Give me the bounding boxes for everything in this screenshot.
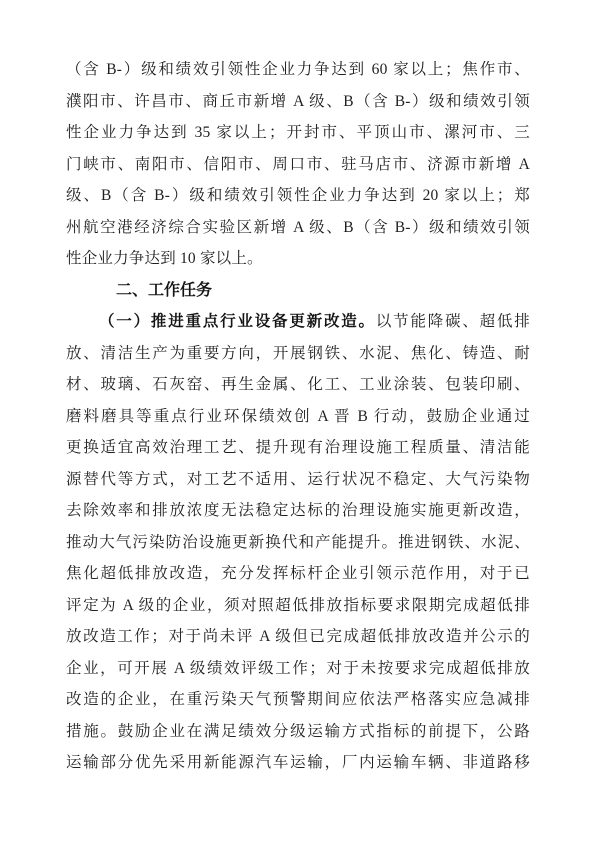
body-text: 放、清洁生产为重要方向，开展钢铁、水泥、焦化、铸造、耐 [66, 345, 530, 362]
text-line: （一）推进重点行业设备更新改造。以节能降碳、超低排 [66, 306, 530, 338]
document-page: （含 B-）级和绩效引领性企业力争达到 60 家以上；焦作市、濮阳市、许昌市、商… [0, 0, 600, 848]
text-line: 濮阳市、许昌市、商丘市新增 A 级、B（含 B-）级和绩效引领 [66, 86, 530, 118]
text-line: 材、玻璃、石灰窑、再生金属、化工、工业涂装、包装印刷、 [66, 369, 530, 401]
text-line: （含 B-）级和绩效引领性企业力争达到 60 家以上；焦作市、 [66, 54, 530, 86]
text-line: 推动大气污染防治设施更新换代和产能提升。推进钢铁、水泥、 [66, 527, 530, 559]
body-text: 磨料磨具等重点行业环保绩效创 A 晋 B 行动，鼓励企业通过 [66, 408, 530, 425]
document-content: （含 B-）级和绩效引领性企业力争达到 60 家以上；焦作市、濮阳市、许昌市、商… [0, 0, 600, 779]
body-text: 企业，可开展 A 级绩效评级工作；对于未按要求完成超低排放 [66, 660, 530, 677]
text-line: 性企业力争达到 35 家以上；开封市、平顶山市、漯河市、三 [66, 117, 530, 149]
body-text: 濮阳市、许昌市、商丘市新增 A 级、B（含 B-）级和绩效引领 [66, 93, 530, 110]
body-text: 改造的企业，在重污染天气预警期间应依法严格落实应急减排 [66, 691, 530, 708]
text-line: 性企业力争达到 10 家以上。 [66, 243, 530, 275]
emphasis-text: （一）推进重点行业设备更新改造。 [99, 313, 376, 330]
body-text: 性企业力争达到 35 家以上；开封市、平顶山市、漯河市、三 [66, 124, 530, 141]
body-text: 运输部分优先采用新能源汽车运输，厂内运输车辆、非道路移 [66, 754, 530, 771]
body-text: 推动大气污染防治设施更新换代和产能提升。推进钢铁、水泥、 [66, 534, 530, 551]
text-line: 更换适宜高效治理工艺、提升现有治理设施工程质量、清洁能 [66, 432, 530, 464]
body-text: 措施。鼓励企业在满足绩效分级运输方式指标的前提下，公路 [66, 723, 530, 740]
text-line: 焦化超低排放改造，充分发挥标杆企业引领示范作用，对于已 [66, 558, 530, 590]
text-line: 州航空港经济综合实验区新增 A 级、B（含 B-）级和绩效引领 [66, 212, 530, 244]
text-line: 放、清洁生产为重要方向，开展钢铁、水泥、焦化、铸造、耐 [66, 338, 530, 370]
text-line: 措施。鼓励企业在满足绩效分级运输方式指标的前提下，公路 [66, 716, 530, 748]
body-text: 更换适宜高效治理工艺、提升现有治理设施工程质量、清洁能 [66, 439, 530, 456]
body-text: 门峡市、南阳市、信阳市、周口市、驻马店市、济源市新增 A [66, 156, 530, 173]
body-text: 放改造工作；对于尚未评 A 级但已完成超低排放改造并公示的 [66, 628, 530, 645]
text-line: 运输部分优先采用新能源汽车运输，厂内运输车辆、非道路移 [66, 747, 530, 779]
paragraph-continuation: （含 B-）级和绩效引领性企业力争达到 60 家以上；焦作市、濮阳市、许昌市、商… [66, 54, 530, 275]
body-text: 评定为 A 级的企业，须对照超低排放指标要求限期完成超低排 [66, 597, 530, 614]
text-line: 改造的企业，在重污染天气预警期间应依法严格落实应急减排 [66, 684, 530, 716]
text-line: 级、B（含 B-）级和绩效引领性企业力争达到 20 家以上；郑 [66, 180, 530, 212]
text-line: 源替代等方式，对工艺不适用、运行状况不稳定、大气污染物 [66, 464, 530, 496]
text-line: 门峡市、南阳市、信阳市、周口市、驻马店市、济源市新增 A [66, 149, 530, 181]
text-line: 放改造工作；对于尚未评 A 级但已完成超低排放改造并公示的 [66, 621, 530, 653]
body-text: 级、B（含 B-）级和绩效引领性企业力争达到 20 家以上；郑 [66, 187, 530, 204]
body-text: 去除效率和排放浓度无法稳定达标的治理设施实施更新改造， [66, 502, 530, 519]
body-text: （含 B-）级和绩效引领性企业力争达到 60 家以上；焦作市、 [66, 61, 530, 78]
task-paragraph: （一）推进重点行业设备更新改造。以节能降碳、超低排放、清洁生产为重要方向，开展钢… [66, 306, 530, 779]
body-text: 性企业力争达到 10 家以上。 [66, 250, 263, 267]
body-text: 源替代等方式，对工艺不适用、运行状况不稳定、大气污染物 [66, 471, 530, 488]
body-text: 焦化超低排放改造，充分发挥标杆企业引领示范作用，对于已 [66, 565, 530, 582]
text-line: 企业，可开展 A 级绩效评级工作；对于未按要求完成超低排放 [66, 653, 530, 685]
body-text: 州航空港经济综合实验区新增 A 级、B（含 B-）级和绩效引领 [66, 219, 530, 236]
text-line: 评定为 A 级的企业，须对照超低排放指标要求限期完成超低排 [66, 590, 530, 622]
body-text: 以节能降碳、超低排 [376, 313, 530, 330]
body-text: 材、玻璃、石灰窑、再生金属、化工、工业涂装、包装印刷、 [66, 376, 530, 393]
section-heading: 二、工作任务 [66, 275, 530, 307]
text-line: 磨料磨具等重点行业环保绩效创 A 晋 B 行动，鼓励企业通过 [66, 401, 530, 433]
text-line: 去除效率和排放浓度无法稳定达标的治理设施实施更新改造， [66, 495, 530, 527]
